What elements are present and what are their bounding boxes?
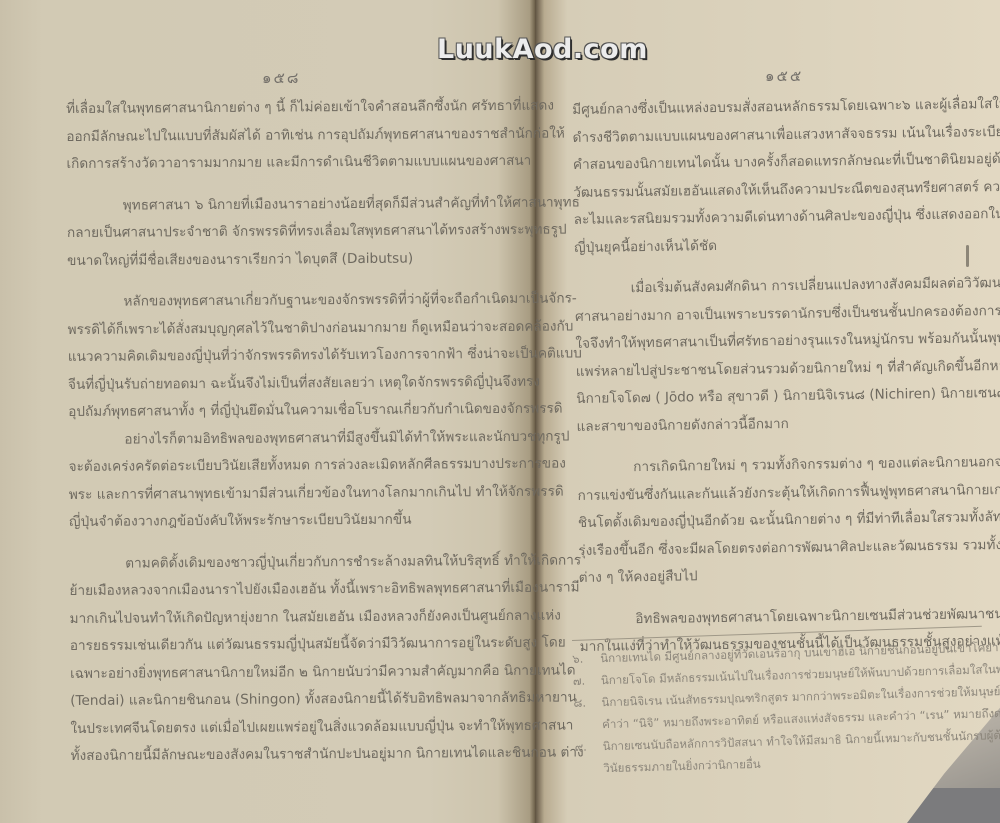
text-line: อารยธรรมเช่นเดียวกัน แต่วัฒนธรรมญี่ปุ่นส… [70,630,510,661]
text-line: (Tendai) และนิกายชินกอน (Shingon) ทั้งสอ… [70,685,510,716]
left-page-body: ที่เลื่อมใสในพุทธศาสนานิกายต่าง ๆ นี้ ก็… [66,93,511,771]
open-book: ๑๕๘ ๑๕๕ ที่เลื่อมใสในพุทธศาสนานิกายต่าง … [0,0,1000,823]
text-line: เฉพาะอย่างยิ่งพุทธศาสนานิกายใหม่อีก ๒ นิ… [70,657,510,688]
left-page-number: ๑๕๘ [262,66,300,90]
footnote-number: ๖. [572,647,601,670]
text-line: กลายเป็นศาสนาประจำชาติ จักรพรรดิที่ทรงเล… [67,217,507,248]
text-line: จะต้องเคร่งครัดต่อระเบียบวินัยเสียทั้งหม… [68,451,508,482]
text-line: แนวความคิดเดิมของญี่ปุ่นที่ว่าจักรพรรดิท… [68,341,508,372]
text-line: จีนที่ญี่ปุ่นรับถ่ายทอดมา ฉะนั้นจึงไม่เป… [68,368,508,399]
text-line: ที่เลื่อมใสในพุทธศาสนานิกายต่าง ๆ นี้ ก็… [66,93,506,124]
text-line: ย้ายเมืองหลวงจากเมืองนาราไปยังเมืองเฮอัน… [69,575,509,606]
right-page-number: ๑๕๕ [765,64,803,88]
paragraph-start: หลักของพุทธศาสนาเกี่ยวกับฐานะของจักรพรรด… [67,286,507,317]
watermark-logo: LuukAod.com [437,34,648,65]
text-line: พระ และการที่ศาสนาพุทธเข้ามามีส่วนเกี่ยว… [69,478,509,509]
right-page-body: มีศูนย์กลางซึ่งเป็นแหล่งอบรมสั่งสอนหลักธ… [572,91,990,661]
text-line: ละไมและรสนิยมรวมทั้งความดีเด่นทางด้านศิล… [574,201,984,234]
text-line: มากเกินไปจนทำให้เกิดปัญหายุ่งยาก ในสมัยเ… [70,602,510,633]
footnote-number: ๙. [574,735,603,758]
paragraph-start: ตามคติดั้งเดิมของชาวญี่ปุ่นเกี่ยวกับการช… [69,547,509,578]
text-line: เกิดการสร้างวัดวาอารามมากมาย และมีการดำเ… [66,148,506,179]
page-mark [966,245,969,267]
text-line: นิกายโจโด๗ ( Jōdo หรือ สุขาวดี ) นิกายนิ… [576,380,986,413]
text-line: รุ่งเรืองขึ้นอีก ซึ่งจะมีผลโดยตรงต่อการพ… [578,532,988,565]
text-line: ทั้งสองนิกายนี้มีลักษณะของสังคมในราชสำนั… [71,740,511,771]
text-line: ในประเทศจีนโดยตรง แต่เมื่อไปเผยแพร่อยู่ใ… [70,712,510,743]
text-line: พรรดิได้ก็เพราะได้สั่งสมบุญกุศลไว้ในชาติ… [68,313,508,344]
footnote-number: ๗. [573,669,602,692]
footnotes: ๖. นิกายเทนได มีศูนย์กลางอยู่ที่วัดเอนริ… [572,637,986,780]
text-line: อุปถัมภ์พุทธศาสนาทั้ง ๆ ที่ญี่ปุ่นยึดมั่… [68,396,508,427]
text-line: ญี่ปุ่นจำต้องวางกฎข้อบังคับให้พระรักษาระ… [69,506,509,537]
paragraph-start: พุทธศาสนา ๖ นิกายที่เมืองนาราอย่างน้อยที… [67,189,507,220]
paragraph-start: อย่างไรก็ตามอิทธิพลของพุทธศาสนาที่มีสูงข… [68,423,508,454]
footnote-number: ๘. [573,691,602,714]
text-line: ออกมีลักษณะไปในแบบที่สัมผัสได้ อาทิเช่น … [66,120,506,151]
text-line: ขนาดใหญ่ที่มีชื่อเสียงของนาราเรียกว่า ได… [67,244,507,275]
